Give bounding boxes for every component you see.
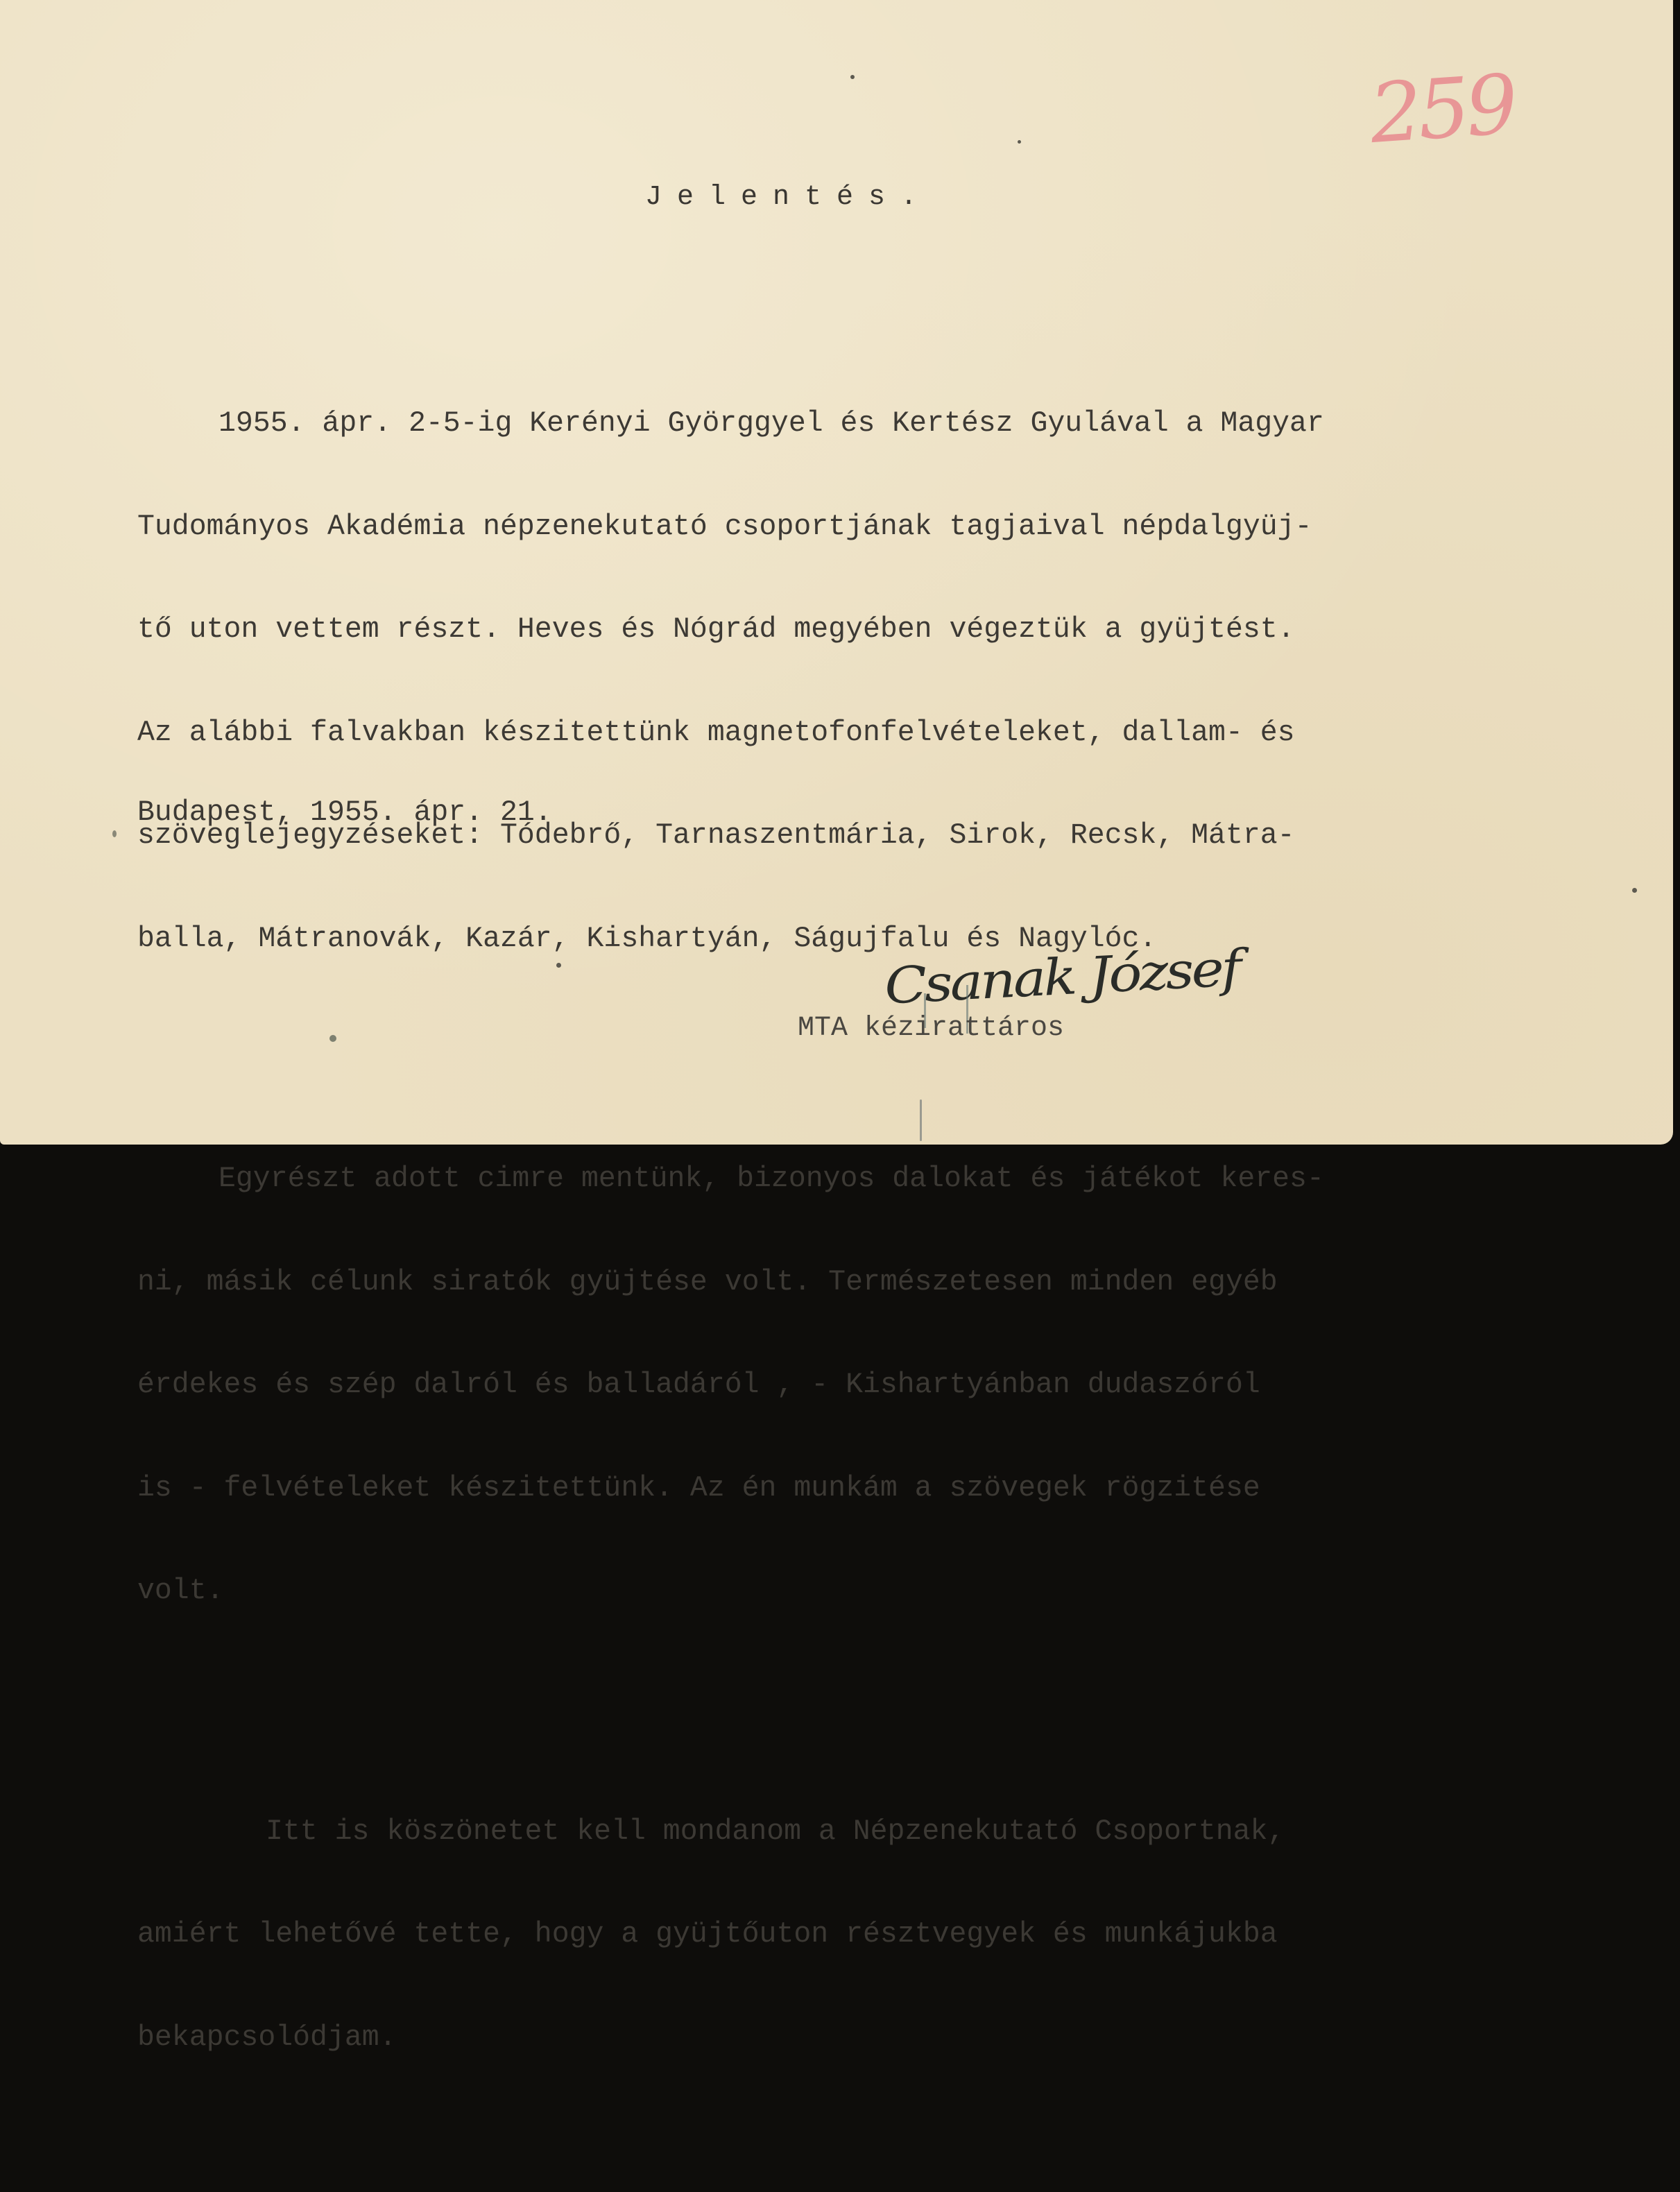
paragraph-1: 1955. ápr. 2-5-ig Kerényi Györggyel és K… <box>137 338 1622 1025</box>
paper-speck <box>329 1035 336 1042</box>
paper-speck <box>850 75 855 79</box>
text-line: 1955. ápr. 2-5-ig Kerényi Györggyel és K… <box>137 406 1622 441</box>
place-and-date: Budapest, 1955. ápr. 21. <box>137 796 552 829</box>
paper-speck <box>1018 140 1021 144</box>
paper-speck <box>1632 888 1637 893</box>
folio-number: 259 <box>1366 56 1516 162</box>
scan-border-right <box>1673 0 1680 1153</box>
text-line: Az alábbi falvakban készitettünk magneto… <box>137 716 1622 751</box>
scan-border-bottom <box>0 1145 1680 1153</box>
text-line: Tudományos Akadémia népzenekutató csopor… <box>137 510 1622 545</box>
document-title: Jelentés. <box>645 182 932 213</box>
text-line: balla, Mátranovák, Kazár, Kishartyán, Sá… <box>137 922 1622 957</box>
scanned-document-page: 259 Jelentés. 1955. ápr. 2-5-ig Kerényi … <box>0 0 1673 1145</box>
text-line: tő uton vettem részt. Heves és Nógrád me… <box>137 613 1622 647</box>
paper-speck <box>112 830 117 837</box>
signatory-role: MTA kézirattáros <box>798 1013 1064 1044</box>
paper-speck <box>556 963 561 968</box>
paper-mark <box>920 1099 922 1141</box>
